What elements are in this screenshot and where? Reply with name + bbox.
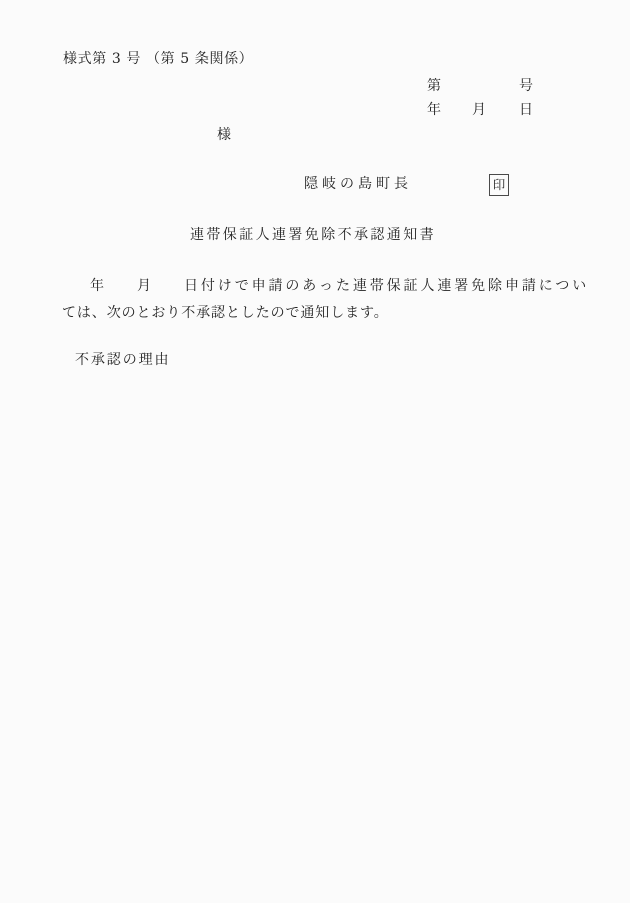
- addressee-honorific-label: 様: [217, 128, 232, 142]
- date-day-label: 日: [519, 103, 534, 117]
- document-title: 連帯保証人連署免除不承認通知書: [190, 228, 436, 242]
- body-line-1-text: 日付けで申請のあった連帯保証人連署免除申請につい: [184, 279, 589, 293]
- date-month-label: 月: [472, 103, 487, 117]
- body-month-label: 月: [137, 279, 152, 293]
- doc-number-suffix-label: 号: [519, 79, 534, 93]
- seal-label: 印: [493, 179, 506, 192]
- seal-box: 印: [489, 174, 509, 196]
- reason-heading: 不承認の理由: [75, 353, 170, 367]
- date-year-label: 年: [427, 103, 442, 117]
- document-page: 様式第 3 号 （第 5 条関係） 第 号 年 月 日 様 隠岐の島町長 印 連…: [0, 0, 630, 903]
- issuer-title-label: 隠岐の島町長: [304, 177, 412, 191]
- form-number-label: 様式第 3 号 （第 5 条関係）: [63, 52, 253, 66]
- body-year-label: 年: [90, 279, 105, 293]
- doc-number-prefix-label: 第: [427, 79, 442, 93]
- body-line-2-text: ては、次のとおり不承認としたので通知します。: [62, 306, 389, 320]
